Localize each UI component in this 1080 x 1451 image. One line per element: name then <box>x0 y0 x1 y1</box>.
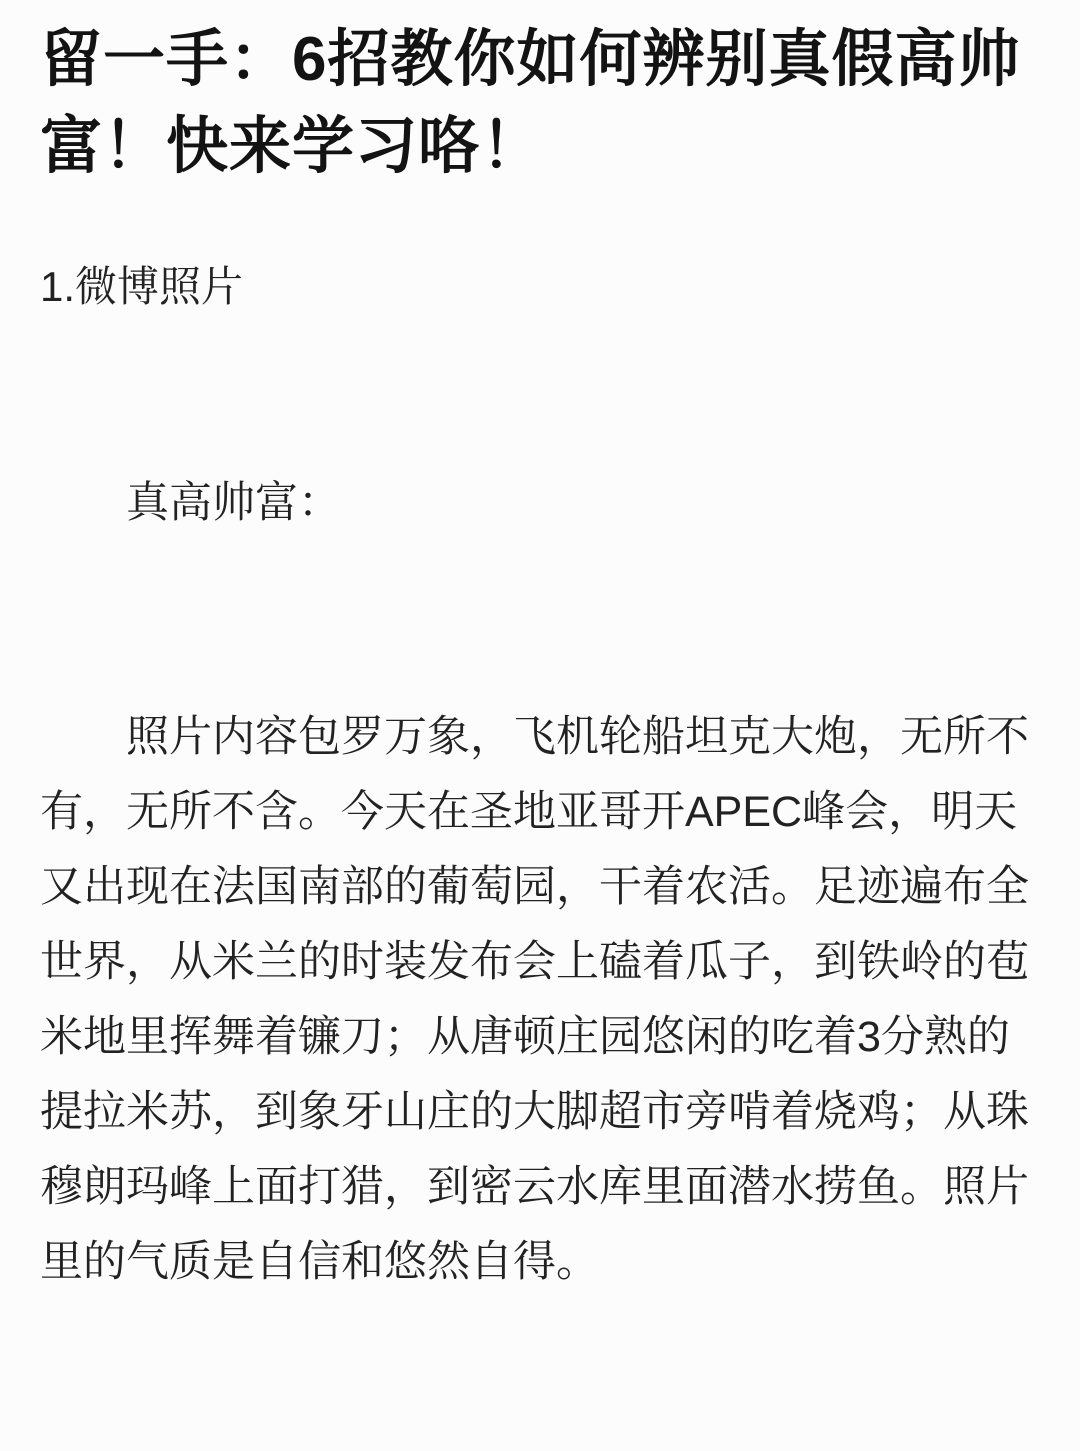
body-paragraph: 照片内容包罗万象，飞机轮船坦克大炮，无所不有，无所不含。今天在圣地亚哥开APEC… <box>40 700 1040 1300</box>
section-heading: 1.微博照片 <box>40 258 1040 316</box>
sub-heading: 真高帅富： <box>40 466 1040 541</box>
article-page: 留一手：6招教你如何辨别真假高帅富！快来学习咯！ 1.微博照片 真高帅富： 照片… <box>0 0 1080 1451</box>
article-title: 留一手：6招教你如何辨别真假高帅富！快来学习咯！ <box>40 16 1040 190</box>
